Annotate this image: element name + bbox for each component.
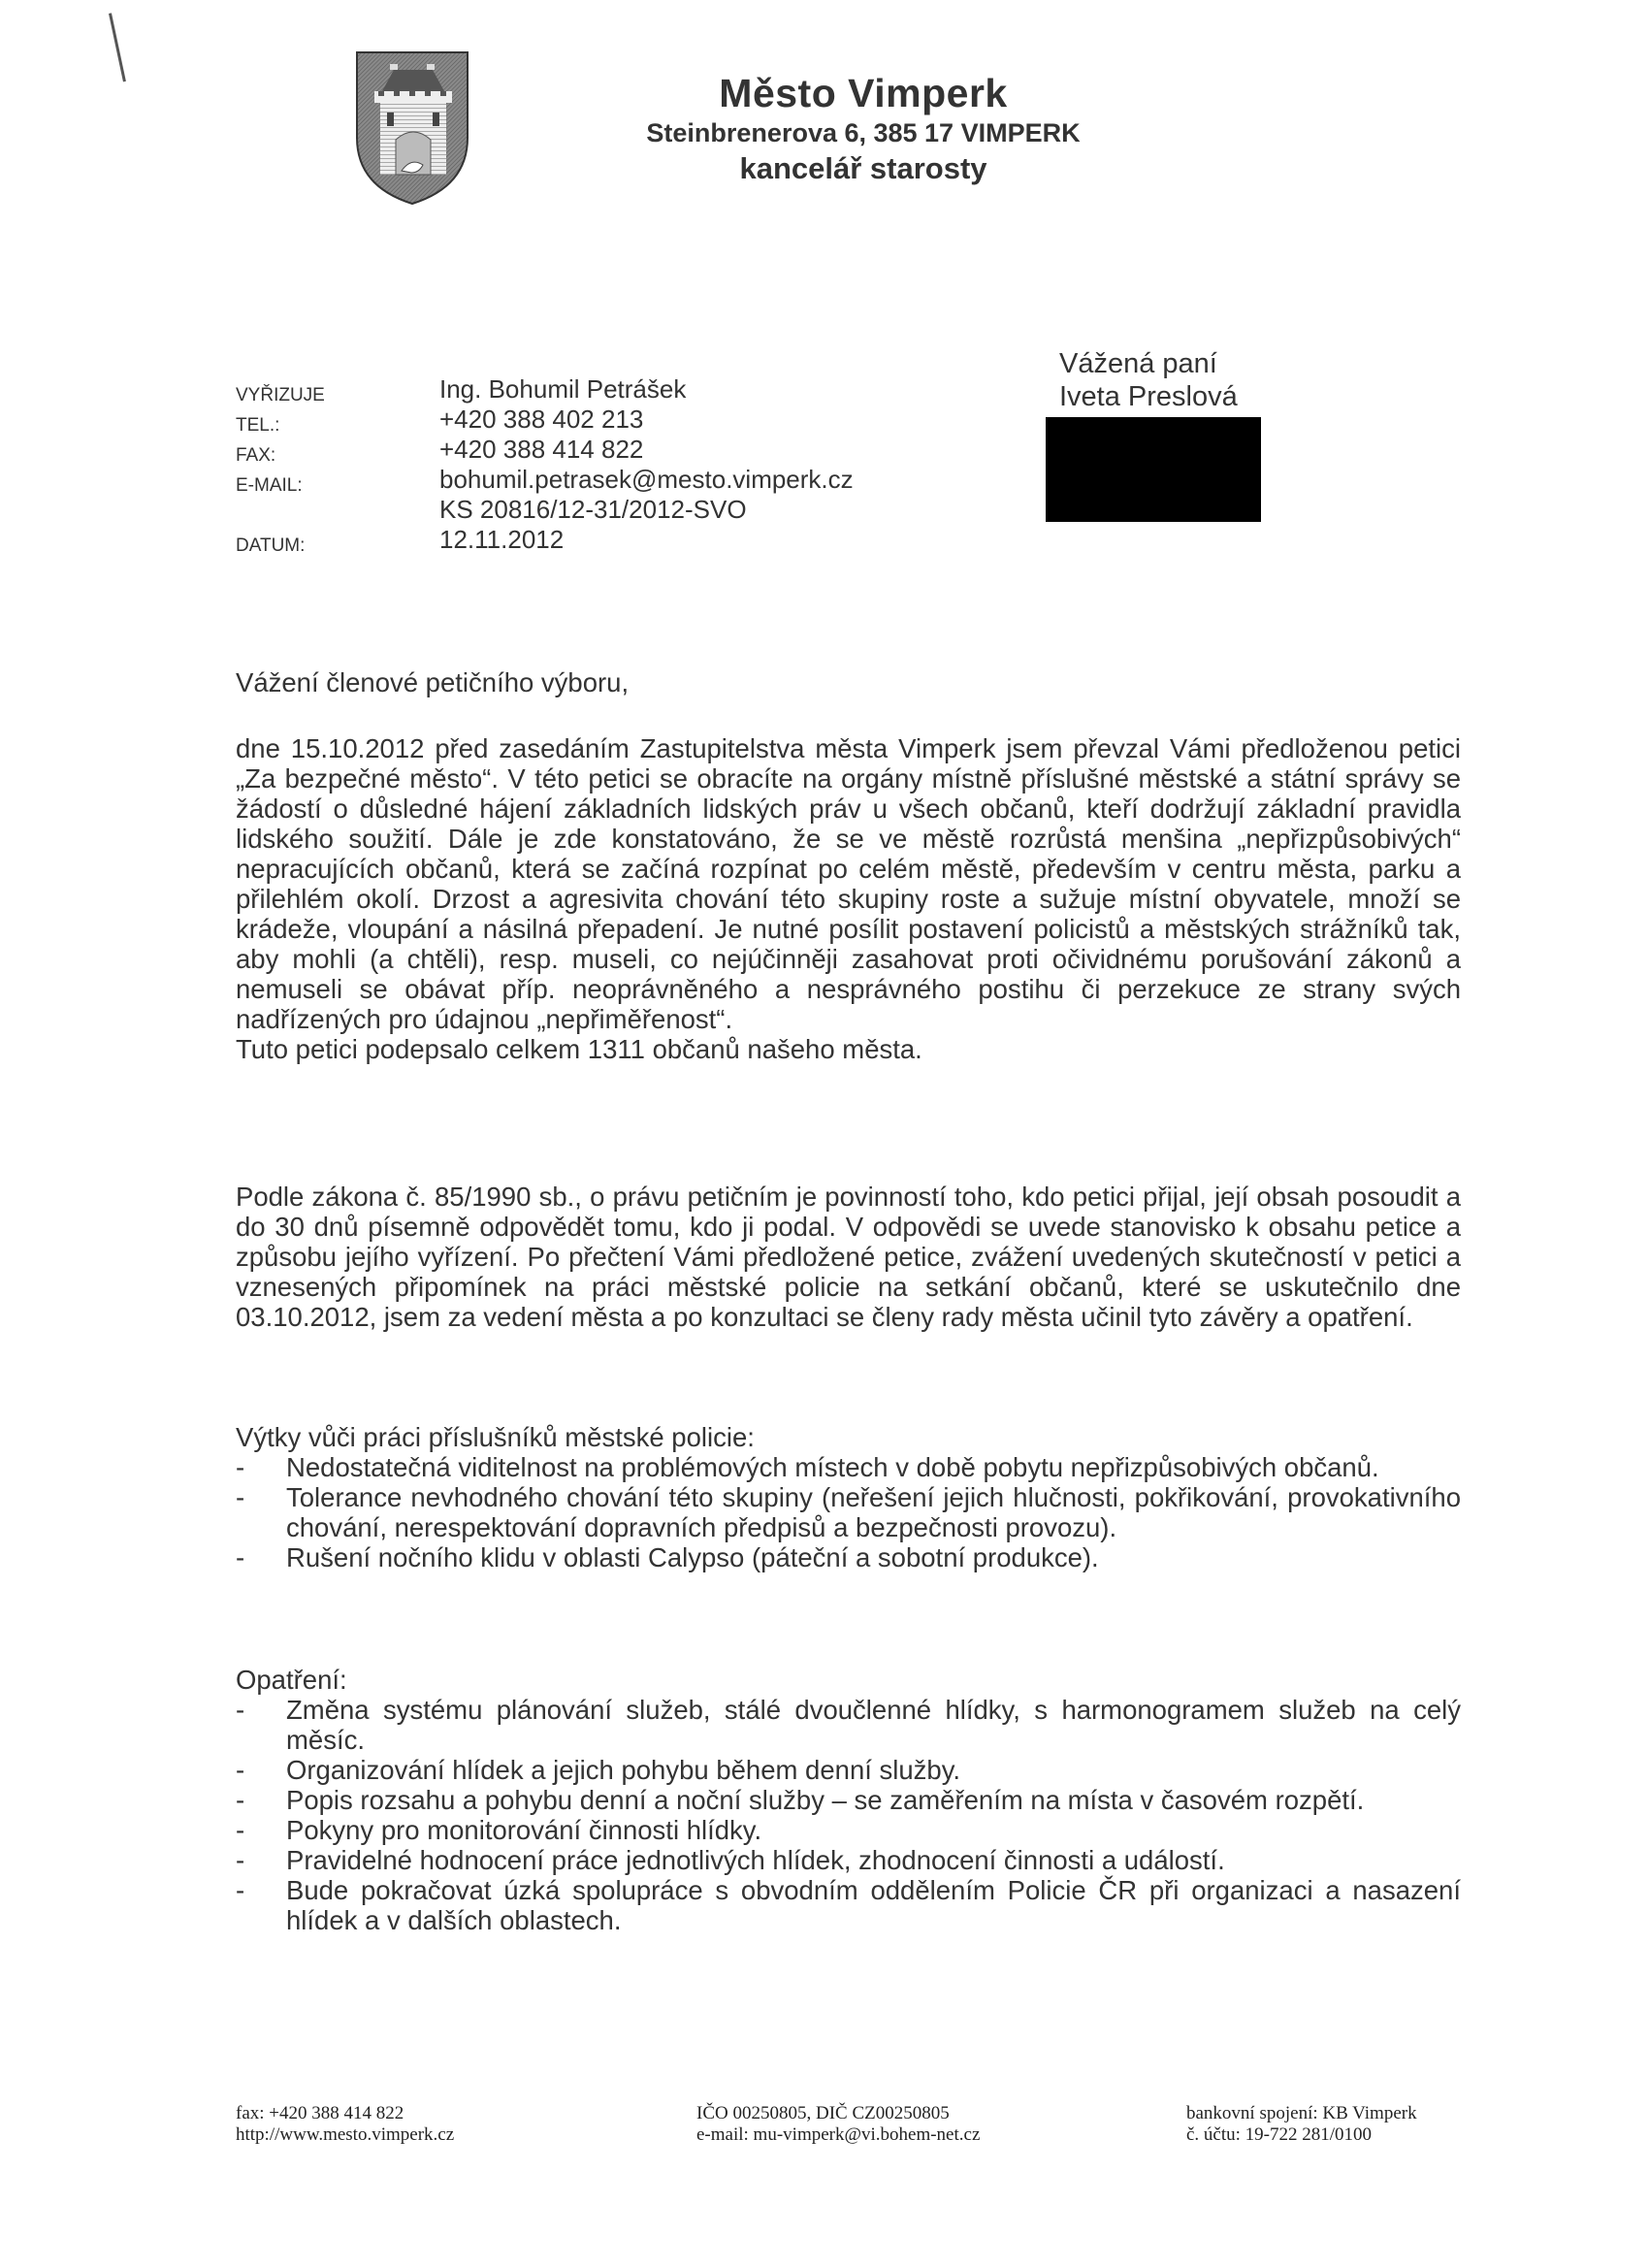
sender-details: VYŘIZUJEIng. Bohumil Petrášek TEL.:+420 … bbox=[236, 374, 854, 555]
list-item-text: Organizování hlídek a jejich pohybu běhe… bbox=[286, 1755, 960, 1785]
list-item: -Organizování hlídek a jejich pohybu běh… bbox=[236, 1755, 1461, 1785]
paragraph-text: Podle zákona č. 85/1990 sb., o právu pet… bbox=[236, 1182, 1461, 1332]
office-name: kancelář starosty bbox=[524, 149, 1203, 188]
measures-list: -Změna systému plánování služeb, stálé d… bbox=[236, 1695, 1461, 1935]
meta-label: FAX: bbox=[236, 435, 439, 465]
coat-of-arms-icon bbox=[355, 50, 469, 206]
recipient-block: Vážená paní Iveta Preslová bbox=[1059, 347, 1238, 413]
dash-bullet-icon: - bbox=[236, 1542, 244, 1572]
list-item: -Tolerance nevhodného chování této skupi… bbox=[236, 1482, 1461, 1542]
list-item: -Bude pokračovat úzká spolupráce s obvod… bbox=[236, 1875, 1461, 1935]
meta-row-tel: TEL.:+420 388 402 213 bbox=[236, 405, 854, 435]
recipient-greeting: Vážená paní bbox=[1059, 347, 1238, 380]
list-item-text: Pokyny pro monitorování činnosti hlídky. bbox=[286, 1815, 761, 1845]
meta-value: +420 388 402 213 bbox=[439, 405, 643, 435]
list-item: -Změna systému plánování služeb, stálé d… bbox=[236, 1695, 1461, 1755]
meta-label: DATUM: bbox=[236, 525, 439, 555]
dash-bullet-icon: - bbox=[236, 1452, 244, 1482]
meta-label bbox=[236, 495, 439, 525]
list-item-text: Pravidelné hodnocení práce jednotlivých … bbox=[286, 1845, 1225, 1875]
list-item: -Popis rozsahu a pohybu denní a noční sl… bbox=[236, 1785, 1461, 1815]
meta-row-fax: FAX:+420 388 414 822 bbox=[236, 435, 854, 465]
signatures-text: Tuto petici podepsalo celkem 1311 občanů… bbox=[236, 1034, 1461, 1064]
list-item: -Pokyny pro monitorování činnosti hlídky… bbox=[236, 1815, 1461, 1845]
footer-website-link[interactable]: http://www.mesto.vimperk.cz bbox=[236, 2124, 454, 2146]
footer-email-link[interactable]: e-mail: mu-vimperk@vi.bohem-net.cz bbox=[696, 2124, 980, 2146]
dash-bullet-icon: - bbox=[236, 1875, 244, 1905]
list-item: -Nedostatečná viditelnost na problémovýc… bbox=[236, 1452, 1461, 1482]
list-item-text: Změna systému plánování služeb, stálé dv… bbox=[286, 1695, 1461, 1755]
meta-value: Ing. Bohumil Petrášek bbox=[439, 374, 686, 405]
meta-row-handler: VYŘIZUJEIng. Bohumil Petrášek bbox=[236, 374, 854, 405]
city-address: Steinbrenerova 6, 385 17 VIMPERK bbox=[524, 116, 1203, 149]
meta-label: E-MAIL: bbox=[236, 465, 439, 495]
meta-row-date: DATUM:12.11.2012 bbox=[236, 525, 854, 555]
paragraph-text: dne 15.10.2012 před zasedáním Zastupitel… bbox=[236, 733, 1461, 1034]
dash-bullet-icon: - bbox=[236, 1845, 244, 1875]
list-item-text: Rušení nočního klidu v oblasti Calypso (… bbox=[286, 1542, 1099, 1572]
list-item-text: Nedostatečná viditelnost na problémových… bbox=[286, 1452, 1379, 1482]
footer-ids: IČO 00250805, DIČ CZ00250805 e-mail: mu-… bbox=[696, 2103, 980, 2146]
dash-bullet-icon: - bbox=[236, 1785, 244, 1815]
salutation-text: Vážení členové petičního výboru, bbox=[236, 667, 1461, 697]
paragraph-petition: dne 15.10.2012 před zasedáním Zastupitel… bbox=[236, 733, 1461, 1064]
redacted-address bbox=[1046, 417, 1261, 522]
list-item: -Pravidelné hodnocení práce jednotlivých… bbox=[236, 1845, 1461, 1875]
footer-bank: bankovní spojení: KB Vimperk č. účtu: 19… bbox=[1186, 2103, 1417, 2146]
recipient-name: Iveta Preslová bbox=[1059, 380, 1238, 413]
list-item-text: Tolerance nevhodného chování této skupin… bbox=[286, 1482, 1461, 1542]
measures-heading: Opatření: bbox=[236, 1665, 1461, 1695]
meta-row-email: E-MAIL:bohumil.petrasek@mesto.vimperk.cz bbox=[236, 465, 854, 495]
list-item: -Rušení nočního klidu v oblasti Calypso … bbox=[236, 1542, 1461, 1572]
dash-bullet-icon: - bbox=[236, 1755, 244, 1785]
complaints-list: -Nedostatečná viditelnost na problémovýc… bbox=[236, 1452, 1461, 1572]
complaints-section: Výtky vůči práci příslušníků městské pol… bbox=[236, 1422, 1461, 1572]
meta-value: KS 20816/12-31/2012-SVO bbox=[439, 495, 747, 525]
list-item-text: Bude pokračovat úzká spolupráce s obvodn… bbox=[286, 1875, 1461, 1935]
paragraph-law: Podle zákona č. 85/1990 sb., o právu pet… bbox=[236, 1182, 1461, 1332]
meta-row-reference: KS 20816/12-31/2012-SVO bbox=[236, 495, 854, 525]
measures-section: Opatření: -Změna systému plánování služe… bbox=[236, 1665, 1461, 1935]
footer-account: č. účtu: 19-722 281/0100 bbox=[1186, 2124, 1417, 2146]
meta-value: +420 388 414 822 bbox=[439, 435, 643, 465]
dash-bullet-icon: - bbox=[236, 1482, 244, 1512]
dash-bullet-icon: - bbox=[236, 1695, 244, 1725]
list-item-text: Popis rozsahu a pohybu denní a noční slu… bbox=[286, 1785, 1364, 1815]
meta-value: bohumil.petrasek@mesto.vimperk.cz bbox=[439, 465, 854, 495]
letterhead: Město Vimperk Steinbrenerova 6, 385 17 V… bbox=[524, 70, 1203, 188]
footer-company-ids: IČO 00250805, DIČ CZ00250805 bbox=[696, 2103, 980, 2124]
city-name: Město Vimperk bbox=[524, 70, 1203, 116]
pen-stroke-mark bbox=[109, 13, 126, 81]
complaints-heading: Výtky vůči práci příslušníků městské pol… bbox=[236, 1422, 1461, 1452]
dash-bullet-icon: - bbox=[236, 1815, 244, 1845]
meta-value: 12.11.2012 bbox=[439, 525, 564, 555]
footer-fax: fax: +420 388 414 822 bbox=[236, 2103, 454, 2124]
footer-contact: fax: +420 388 414 822 http://www.mesto.v… bbox=[236, 2103, 454, 2146]
footer-bank-name: bankovní spojení: KB Vimperk bbox=[1186, 2103, 1417, 2124]
meta-label: TEL.: bbox=[236, 405, 439, 435]
salutation: Vážení členové petičního výboru, bbox=[236, 667, 1461, 697]
meta-label: VYŘIZUJE bbox=[236, 374, 439, 405]
